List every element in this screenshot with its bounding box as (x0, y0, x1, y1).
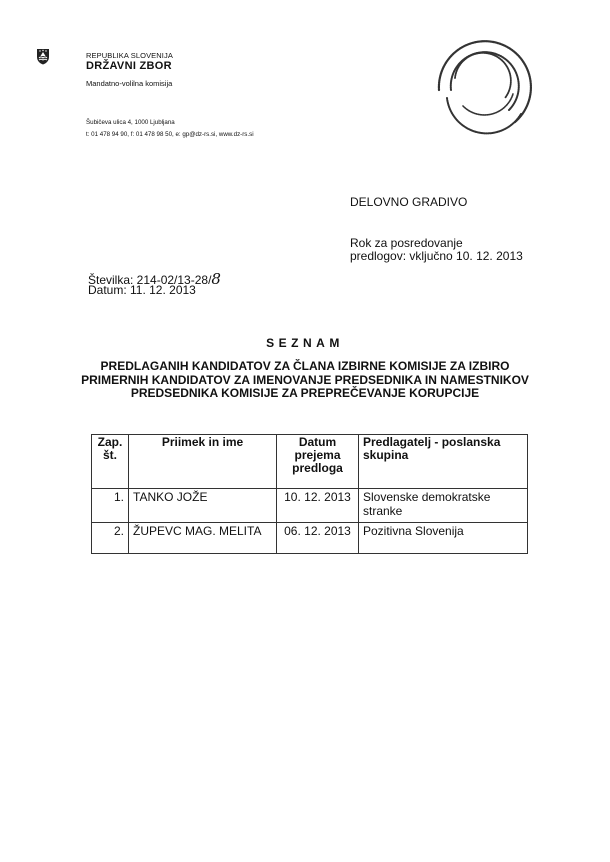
title-line-2: PRIMERNIH KANDIDATOV ZA IMENOVANJE PREDS… (60, 374, 550, 388)
cell-date: 10. 12. 2013 (277, 489, 359, 523)
deadline-line-1: Rok za posredovanje (350, 236, 463, 250)
cell-name: ŽUPEVC MAG. MELITA (129, 523, 277, 554)
contact-info: t: 01 478 94 90, f: 01 478 98 50, e: gp@… (86, 131, 254, 138)
title-line-3: PREDSEDNIKA KOMISIJE ZA PREPREČEVANJE KO… (60, 387, 550, 401)
cell-number: 1. (92, 489, 129, 523)
working-material-label: DELOVNO GRADIVO (350, 195, 467, 209)
coat-of-arms-icon (36, 48, 50, 65)
cell-name: TANKO JOŽE (129, 489, 277, 523)
header-number: Zap.št. (92, 435, 129, 489)
header-proposer: Predlagatelj - poslanskaskupina (359, 435, 528, 489)
document-title: PREDLAGANIH KANDIDATOV ZA ČLANA IZBIRNE … (60, 360, 550, 401)
committee-name: Mandatno-volilna komisija (86, 79, 172, 88)
cell-number: 2. (92, 523, 129, 554)
republic-name: REPUBLIKA SLOVENIJA (86, 51, 173, 60)
cell-proposer: Pozitivna Slovenija (359, 523, 528, 554)
candidates-table: Zap.št. Priimek in ime Datumprejemapredl… (91, 434, 528, 554)
table-row: 1. TANKO JOŽE 10. 12. 2013 Slovenske dem… (92, 489, 528, 523)
deadline-line-2: predlogov: vključno 10. 12. 2013 (350, 249, 523, 263)
cell-proposer: Slovenske demokratskestranke (359, 489, 528, 523)
handwritten-number: 8 (211, 270, 221, 288)
list-heading: SEZNAM (0, 336, 610, 350)
title-line-1: PREDLAGANIH KANDIDATOV ZA ČLANA IZBIRNE … (60, 360, 550, 374)
header-date: Datumprejemapredloga (277, 435, 359, 489)
document-date: Datum: 11. 12. 2013 (88, 283, 196, 297)
address: Šubičeva ulica 4, 1000 Ljubljana (86, 119, 175, 126)
table-row: 2. ŽUPEVC MAG. MELITA 06. 12. 2013 Pozit… (92, 523, 528, 554)
header-name: Priimek in ime (129, 435, 277, 489)
table-header-row: Zap.št. Priimek in ime Datumprejemapredl… (92, 435, 528, 489)
circular-stamp-icon (425, 28, 540, 140)
institution-name: DRŽAVNI ZBOR (86, 60, 172, 72)
cell-date: 06. 12. 2013 (277, 523, 359, 554)
